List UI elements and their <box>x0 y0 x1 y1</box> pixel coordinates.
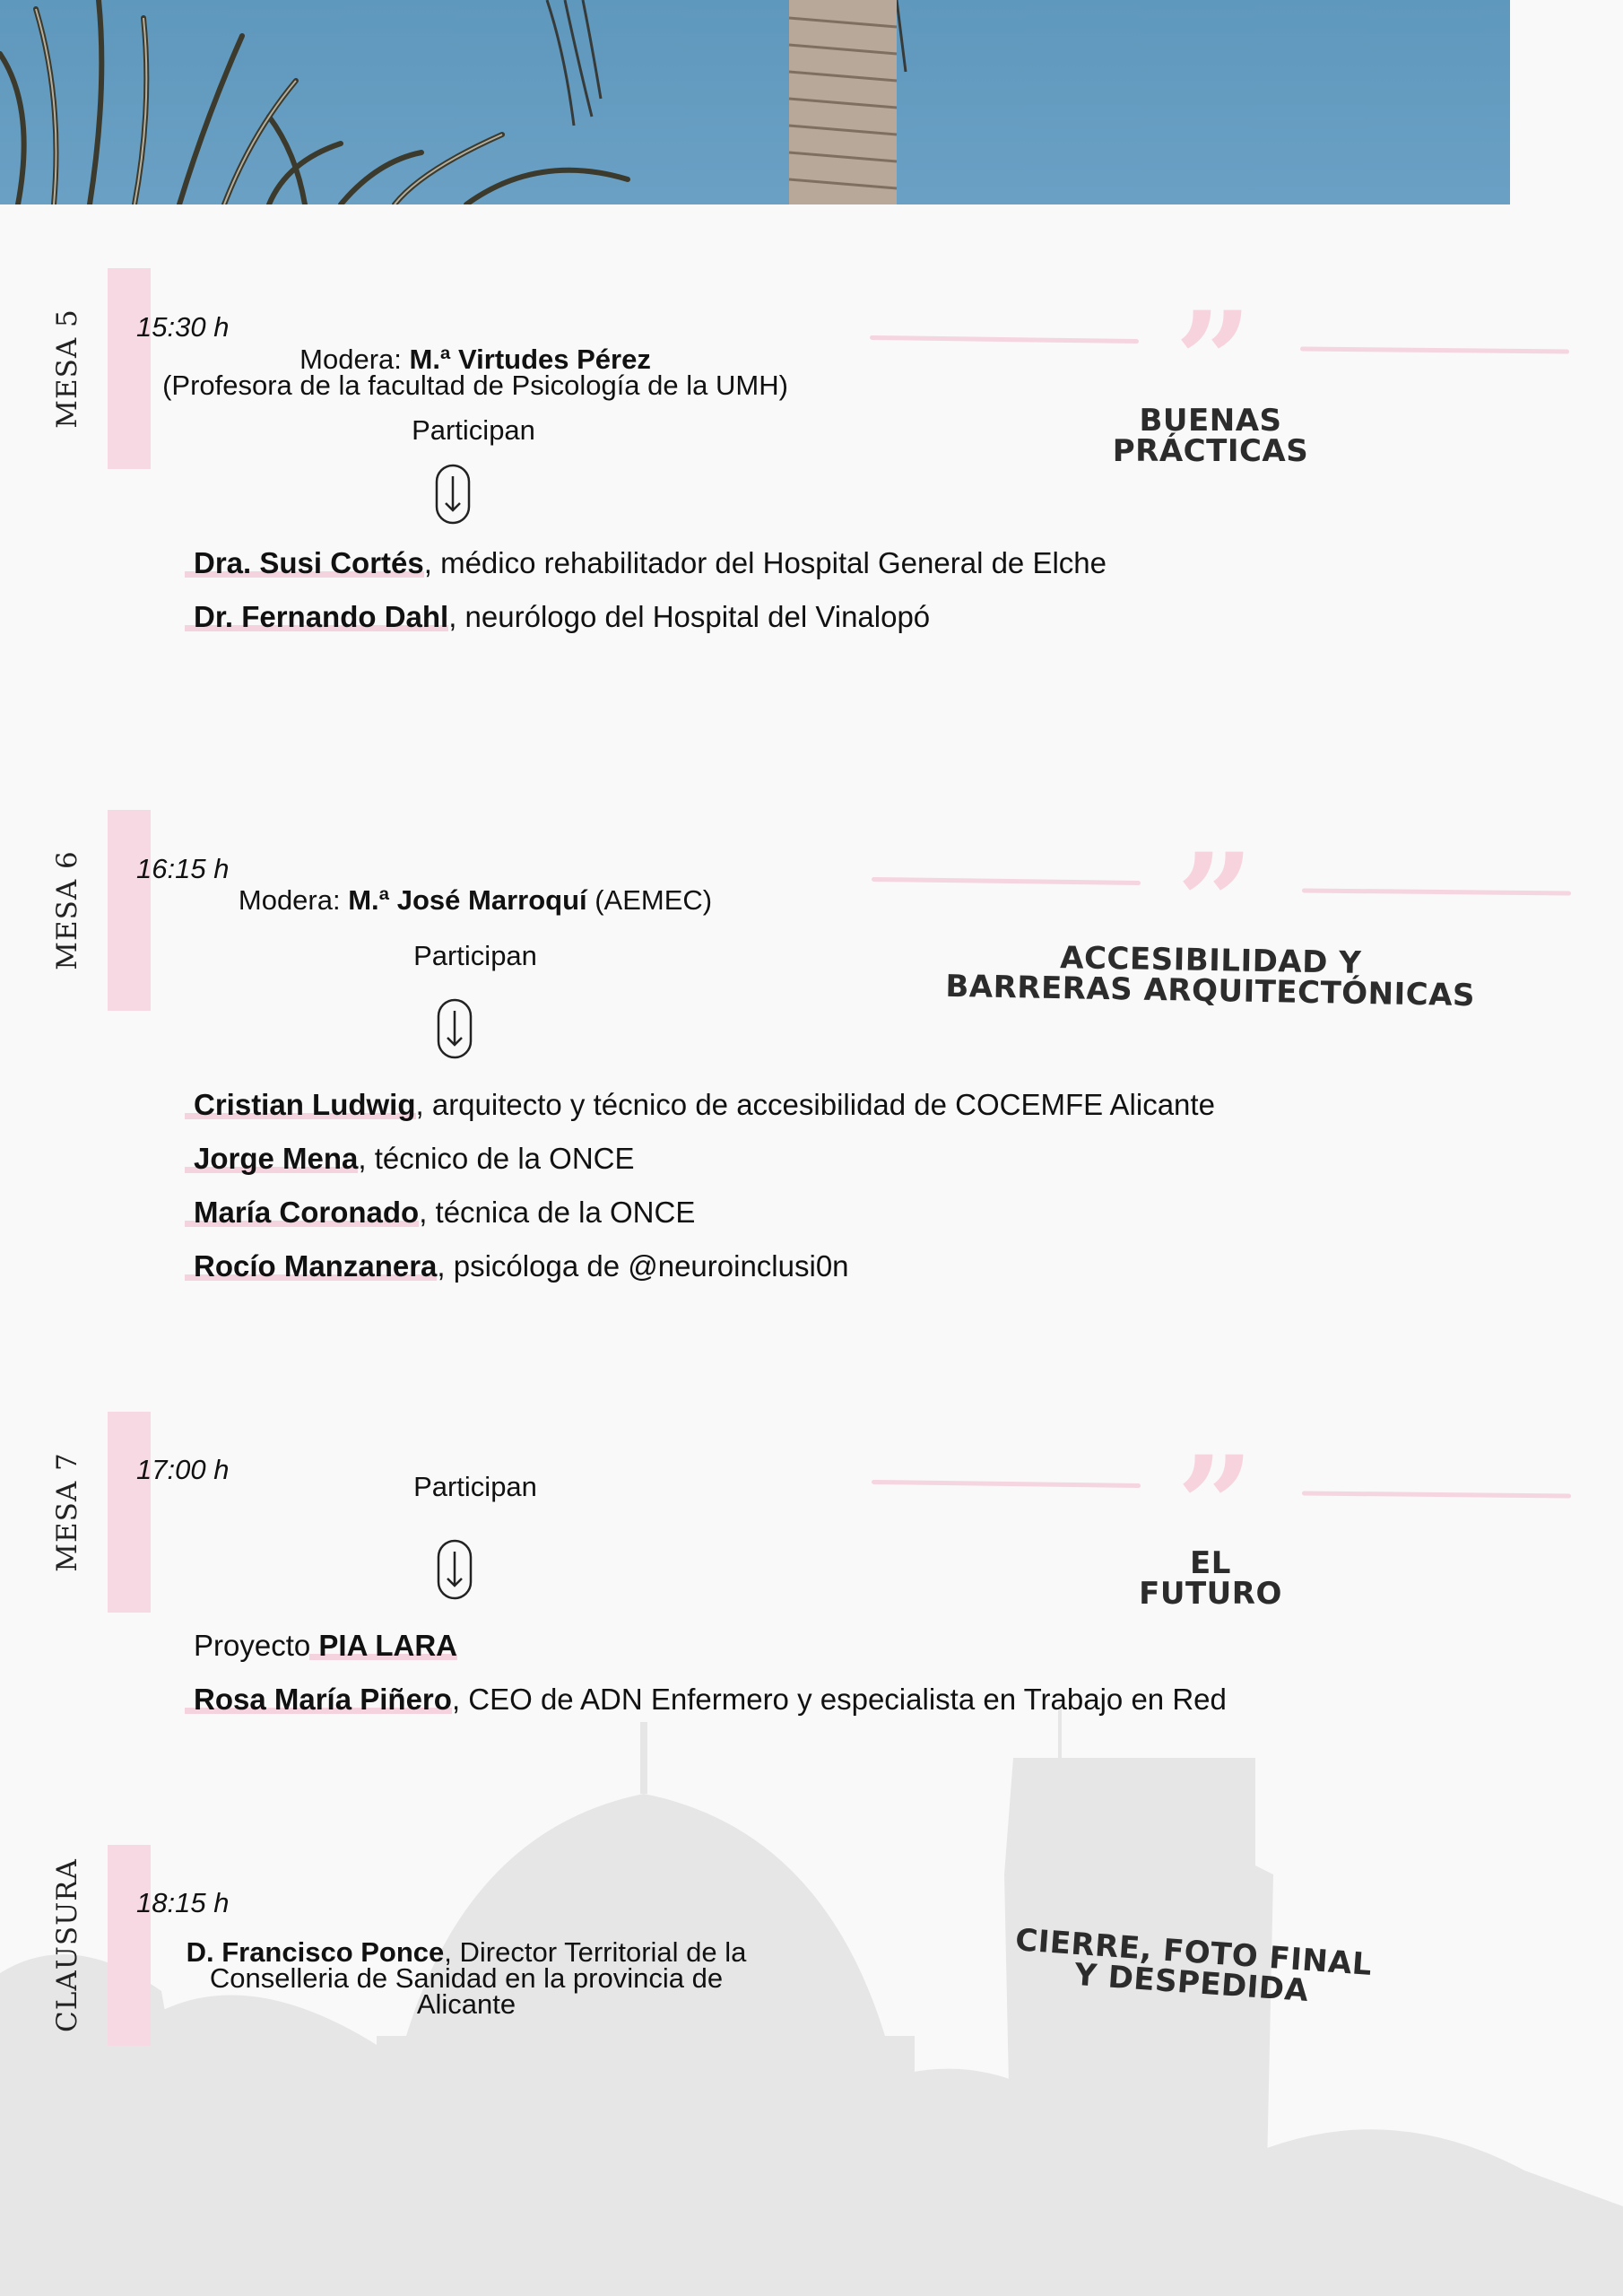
moderator: Modera: M.ª José Marroquí (AEMEC) <box>179 887 771 913</box>
participants-label: Participan <box>341 940 610 972</box>
list-item: Rocío Manzanera, psicóloga de @neuroincl… <box>194 1248 1215 1302</box>
session-theme: ” EL FUTURO <box>870 1449 1551 1629</box>
session-time: 16:15 h <box>136 853 229 885</box>
accent-bar <box>108 1412 151 1613</box>
arrow-down-icon <box>437 1539 473 1600</box>
list-item: María Coronado, técnica de la ONCE <box>194 1195 1215 1248</box>
list-item: Cristian Ludwig, arquitecto y técnico de… <box>194 1087 1215 1141</box>
session-label: MESA 7 <box>45 1412 90 1613</box>
list-item: Proyecto PIA LARA <box>194 1628 1227 1682</box>
session-time: 15:30 h <box>136 311 229 344</box>
accent-bar <box>108 810 151 1011</box>
moderator-name: M.ª José Marroquí <box>348 884 586 916</box>
participants-list: Proyecto PIA LARA Rosa María Piñero, CEO… <box>194 1628 1227 1735</box>
list-item: Jorge Mena, técnico de la ONCE <box>194 1141 1215 1195</box>
participants-label: Participan <box>339 414 608 447</box>
session-theme: ” ACCESIBILIDAD Y BARRERAS ARQUITECTÓNIC… <box>870 847 1551 1026</box>
closing-speaker: D. Francisco Ponce, Director Territorial… <box>143 1939 789 2017</box>
header-palm-photo <box>0 0 1510 204</box>
session-label: MESA 6 <box>45 810 90 1011</box>
moderator: Modera: M.ª Virtudes Pérez (Profesora de… <box>126 346 825 398</box>
session-time: 17:00 h <box>136 1454 229 1486</box>
participants-list: Dra. Susi Cortés, médico rehabilitador d… <box>194 545 1107 653</box>
session-label: MESA 5 <box>45 268 90 469</box>
theme-title: EL FUTURO <box>870 1548 1551 1609</box>
arrow-down-icon <box>437 998 473 1059</box>
theme-title: CIERRE, FOTO FINAL Y DESPEDIDA <box>851 1914 1535 2022</box>
participants-list: Cristian Ludwig, arquitecto y técnico de… <box>194 1087 1215 1302</box>
list-item: Dr. Fernando Dahl, neurólogo del Hospita… <box>194 599 1107 653</box>
session-label: CLAUSURA <box>45 1845 90 2046</box>
arrow-down-icon <box>435 464 471 525</box>
list-item: Rosa María Piñero, CEO de ADN Enfermero … <box>194 1682 1227 1735</box>
list-item: Dra. Susi Cortés, médico rehabilitador d… <box>194 545 1107 599</box>
session-time: 18:15 h <box>136 1887 229 1919</box>
theme-title: BUENAS PRÁCTICAS <box>870 405 1551 466</box>
session-theme: CIERRE, FOTO FINAL Y DESPEDIDA <box>870 1928 1551 2036</box>
moderator-note: (Profesora de la facultad de Psicología … <box>162 370 788 401</box>
participants-label: Participan <box>341 1471 610 1503</box>
session-theme: ” BUENAS PRÁCTICAS <box>870 305 1551 484</box>
theme-title: ACCESIBILIDAD Y BARRERAS ARQUITECTÓNICAS <box>869 939 1551 1012</box>
